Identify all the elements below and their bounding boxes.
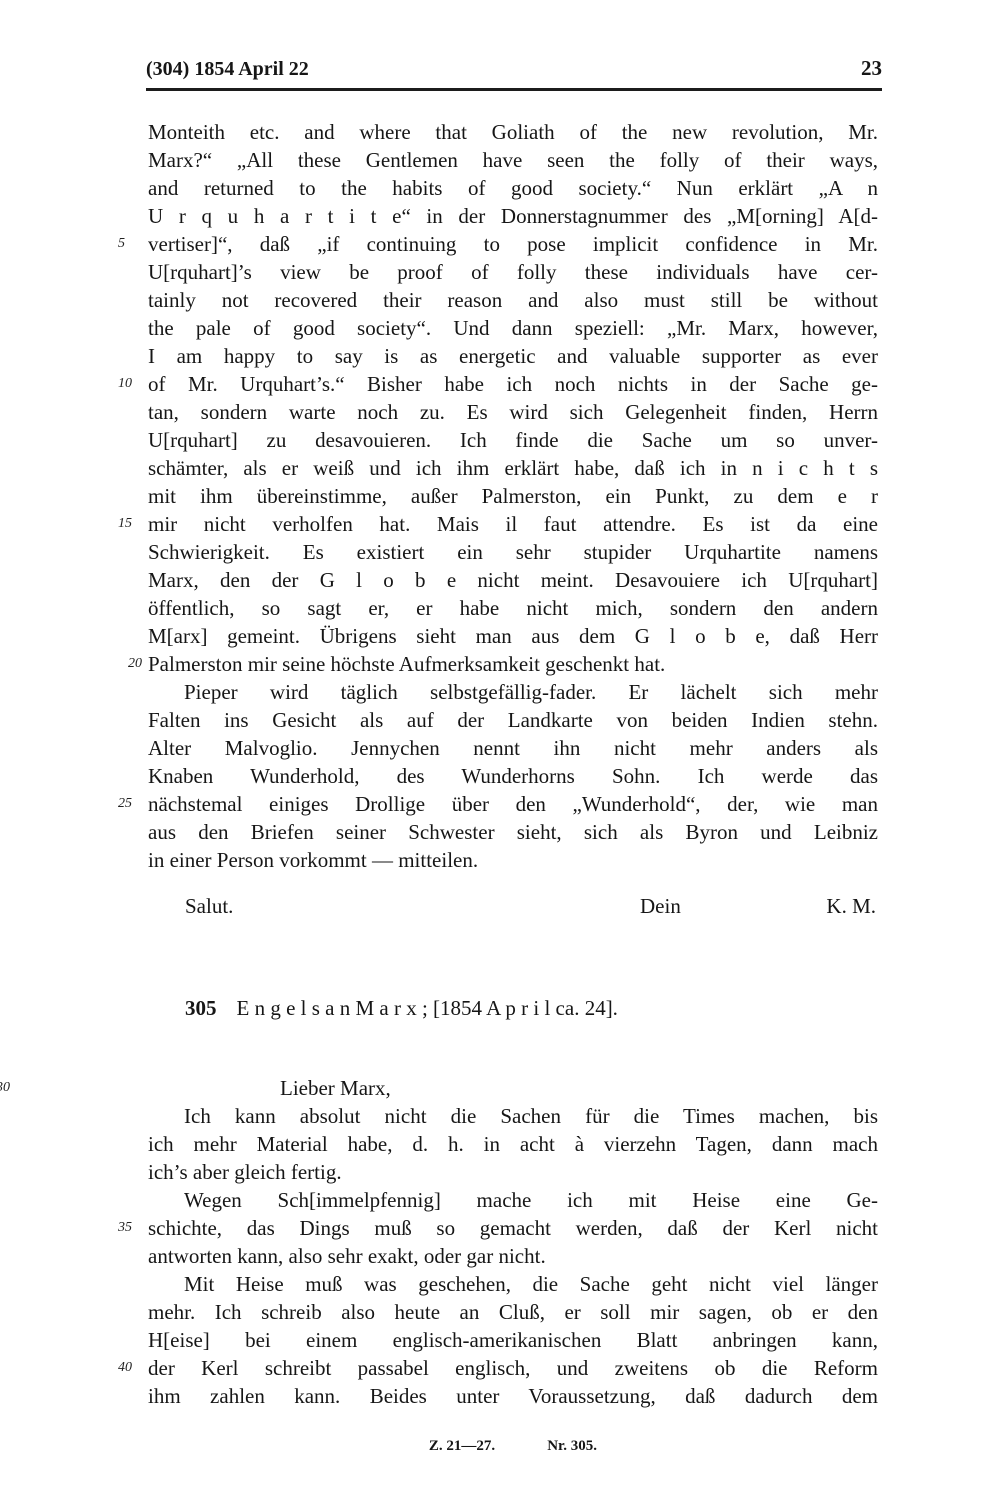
footer-line-ref: Z. 21—27. xyxy=(429,1438,495,1455)
letter-title: E n g e l s a n M a r x ; [1854 A p r i … xyxy=(237,996,618,1020)
line-text: Falten ins Gesicht als auf der Landkarte… xyxy=(148,708,878,732)
line-text: öffentlich, so sagt er, er habe nicht mi… xyxy=(148,596,878,620)
line-text: vertiser]“, daß „if continuing to pose i… xyxy=(148,232,878,256)
line-text: U[rquhart] zu desavouieren. Ich finde di… xyxy=(148,428,878,452)
line-text: schämter, als er weiß und ich ihm erklär… xyxy=(148,456,878,480)
margin-line-number: 20 xyxy=(118,654,142,674)
text-line: schämter, als er weiß und ich ihm erklär… xyxy=(148,454,878,482)
line-text: tainly not recovered their reason and al… xyxy=(148,288,878,312)
text-line: 5vertiser]“, daß „if continuing to pose … xyxy=(148,230,878,258)
text-line: mehr. Ich schreib also heute an Cluß, er… xyxy=(148,1298,878,1326)
text-line: 35schichte, das Dings muß so gemacht wer… xyxy=(148,1214,878,1242)
line-text: Wegen Sch[immelpfennig] mache ich mit He… xyxy=(184,1188,878,1212)
text-line: 15mir nicht verholfen hat. Mais il faut … xyxy=(148,510,878,538)
line-text: U r q u h a r t i t e“ in der Donnerstag… xyxy=(148,204,878,228)
line-text: M[arx] gemeint. Übrigens sieht man aus d… xyxy=(148,624,878,648)
line-text: nächstemal einiges Drollige über den „Wu… xyxy=(148,792,878,816)
line-text: aus den Briefen seiner Schwester sieht, … xyxy=(148,820,878,844)
text-line: ich’s aber gleich fertig. xyxy=(148,1158,878,1186)
line-text: Marx?“ „All these Gentlemen have seen th… xyxy=(148,148,878,172)
text-line: U r q u h a r t i t e“ in der Donnerstag… xyxy=(148,202,878,230)
line-text: of Mr. Urquhart’s.“ Bisher habe ich noch… xyxy=(148,372,878,396)
closing-initials: K. M. xyxy=(826,892,876,920)
letter-305-body: 30Lieber Marx,Ich kann absolut nicht die… xyxy=(148,1074,878,1410)
text-line: 20Palmerston mir seine höchste Aufmerksa… xyxy=(148,650,878,678)
salutation: Salut. xyxy=(185,894,233,918)
margin-line-number: 30 xyxy=(0,1078,10,1098)
footer-nr-ref: Nr. 305. xyxy=(547,1438,597,1455)
letter-305-heading: 305E n g e l s a n M a r x ; [1854 A p r… xyxy=(148,994,878,1022)
line-text: tan, sondern warte noch zu. Es wird sich… xyxy=(148,400,878,424)
line-text: I am happy to say is as energetic and va… xyxy=(148,344,878,368)
text-line: Alter Malvoglio. Jennychen nennt ihn nic… xyxy=(148,734,878,762)
text-line: 10of Mr. Urquhart’s.“ Bisher habe ich no… xyxy=(148,370,878,398)
text-line: tan, sondern warte noch zu. Es wird sich… xyxy=(148,398,878,426)
line-text: Mit Heise muß was geschehen, die Sache g… xyxy=(184,1272,878,1296)
text-line: I am happy to say is as energetic and va… xyxy=(148,342,878,370)
page-number: 23 xyxy=(861,56,882,81)
text-line: 25nächstemal einiges Drollige über den „… xyxy=(148,790,878,818)
line-text: and returned to the habits of good socie… xyxy=(148,176,878,200)
text-line: öffentlich, so sagt er, er habe nicht mi… xyxy=(148,594,878,622)
text-line: H[eise] bei einem englisch-amerikanische… xyxy=(148,1326,878,1354)
footer-note: Z. 21—27. Nr. 305. xyxy=(148,1438,878,1455)
running-head-left: (304) 1854 April 22 xyxy=(146,58,309,81)
text-line: Falten ins Gesicht als auf der Landkarte… xyxy=(148,706,878,734)
text-line: Mit Heise muß was geschehen, die Sache g… xyxy=(148,1270,878,1298)
book-page: (304) 1854 April 22 23 Monteith etc. and… xyxy=(0,0,1008,1500)
text-line: Wegen Sch[immelpfennig] mache ich mit He… xyxy=(148,1186,878,1214)
line-text: Marx, den der G l o b e nicht meint. Des… xyxy=(148,568,878,592)
text-line: Marx, den der G l o b e nicht meint. Des… xyxy=(148,566,878,594)
text-line: ich mehr Material habe, d. h. in acht à … xyxy=(148,1130,878,1158)
text-line: aus den Briefen seiner Schwester sieht, … xyxy=(148,818,878,846)
line-text: Pieper wird täglich selbstgefällig-fader… xyxy=(184,680,878,704)
text-line: antworten kann, also sehr exakt, oder ga… xyxy=(148,1242,878,1270)
closing-dein: Dein xyxy=(640,892,681,920)
line-text: mehr. Ich schreib also heute an Cluß, er… xyxy=(148,1300,878,1324)
letter-number: 305 xyxy=(185,996,217,1020)
text-line: Schwierigkeit. Es existiert ein sehr stu… xyxy=(148,538,878,566)
line-text: Knaben Wunderhold, des Wunderhorns Sohn.… xyxy=(148,764,878,788)
line-text: Lieber Marx, xyxy=(280,1076,391,1100)
line-text: schichte, das Dings muß so gemacht werde… xyxy=(148,1216,878,1240)
text-line: Pieper wird täglich selbstgefällig-fader… xyxy=(148,678,878,706)
line-text: Palmerston mir seine höchste Aufmerksamk… xyxy=(148,652,665,676)
text-line: Monteith etc. and where that Goliath of … xyxy=(148,118,878,146)
margin-line-number: 15 xyxy=(118,514,142,534)
text-line: the pale of good society“. Und dann spez… xyxy=(148,314,878,342)
text-line: Ich kann absolut nicht die Sachen für di… xyxy=(148,1102,878,1130)
line-text: ich mehr Material habe, d. h. in acht à … xyxy=(148,1132,878,1156)
line-text: Schwierigkeit. Es existiert ein sehr stu… xyxy=(148,540,878,564)
text-line: U[rquhart] zu desavouieren. Ich finde di… xyxy=(148,426,878,454)
text-line: Marx?“ „All these Gentlemen have seen th… xyxy=(148,146,878,174)
margin-line-number: 5 xyxy=(118,234,142,254)
line-text: mir nicht verholfen hat. Mais il faut at… xyxy=(148,512,878,536)
line-text: U[rquhart]’s view be proof of folly thes… xyxy=(148,260,878,284)
text-line: 40der Kerl schreibt passabel englisch, u… xyxy=(148,1354,878,1382)
text-line: and returned to the habits of good socie… xyxy=(148,174,878,202)
margin-line-number: 25 xyxy=(118,794,142,814)
line-text: antworten kann, also sehr exakt, oder ga… xyxy=(148,1244,546,1268)
letter-304-closing: Salut. Dein K. M. xyxy=(148,892,878,920)
line-text: ich’s aber gleich fertig. xyxy=(148,1160,342,1184)
line-text: Alter Malvoglio. Jennychen nennt ihn nic… xyxy=(148,736,878,760)
text-line: ihm zahlen kann. Beides unter Voraussetz… xyxy=(148,1382,878,1410)
text-line: U[rquhart]’s view be proof of folly thes… xyxy=(148,258,878,286)
line-text: Monteith etc. and where that Goliath of … xyxy=(148,120,878,144)
margin-line-number: 35 xyxy=(118,1218,142,1238)
line-text: the pale of good society“. Und dann spez… xyxy=(148,316,878,340)
line-text: Ich kann absolut nicht die Sachen für di… xyxy=(184,1104,878,1128)
text-line: M[arx] gemeint. Übrigens sieht man aus d… xyxy=(148,622,878,650)
text-line: Knaben Wunderhold, des Wunderhorns Sohn.… xyxy=(148,762,878,790)
line-text: mit ihm übereinstimme, außer Palmerston,… xyxy=(148,484,878,508)
line-text: in einer Person vorkommt — mitteilen. xyxy=(148,848,478,872)
text-line: mit ihm übereinstimme, außer Palmerston,… xyxy=(148,482,878,510)
running-head: (304) 1854 April 22 23 xyxy=(146,56,882,91)
line-text: H[eise] bei einem englisch-amerikanische… xyxy=(148,1328,878,1352)
text-line: in einer Person vorkommt — mitteilen. xyxy=(148,846,878,874)
letter-304-body: Monteith etc. and where that Goliath of … xyxy=(148,118,878,874)
margin-line-number: 40 xyxy=(118,1358,142,1378)
line-text: ihm zahlen kann. Beides unter Voraussetz… xyxy=(148,1384,878,1408)
text-line: tainly not recovered their reason and al… xyxy=(148,286,878,314)
text-column: Monteith etc. and where that Goliath of … xyxy=(148,118,878,1410)
line-text: der Kerl schreibt passabel englisch, und… xyxy=(148,1356,878,1380)
text-line: 30Lieber Marx, xyxy=(148,1074,878,1102)
margin-line-number: 10 xyxy=(118,374,142,394)
